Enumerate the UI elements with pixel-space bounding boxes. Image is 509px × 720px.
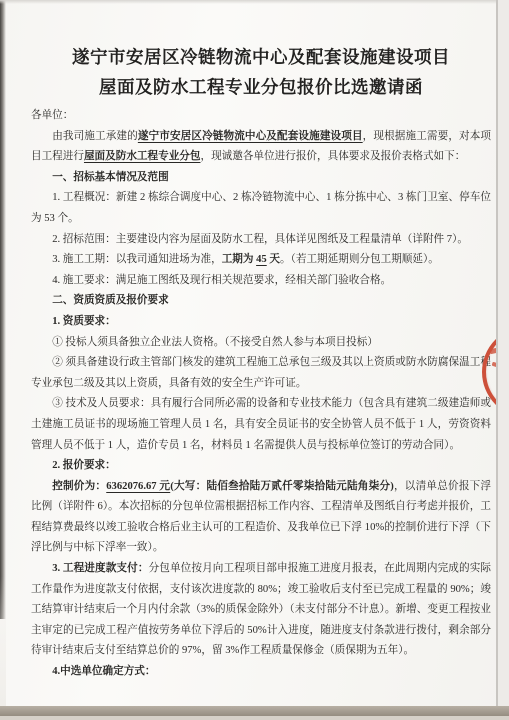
section1-heading: 一、招标基本情况及范围 (31, 168, 491, 189)
doc-title-line-2: 屋面及防水工程专业分包报价比选邀请函 (31, 72, 491, 102)
control-price-label: 控制价为： (52, 481, 106, 492)
page-edge-bottom-light (0, 716, 509, 720)
page-edge-right-margin (498, 0, 509, 712)
page-edge-bottom (0, 706, 509, 716)
section2-heading: 二、资质资质及报价要求 (31, 291, 491, 312)
intro-paragraph: 由我司施工承建的遂宁市安居区冷链物流中心及配套设施建设项目，现根据施工需要，对本… (31, 127, 491, 168)
control-price-caps: 陆佰叁拾陆万贰仟零柒拾陆元陆角柒分 (206, 481, 390, 492)
project-overview-item: 1. 工程概况：新建 2 栋综合调度中心、2 栋冷链物流中心、1 栋分拣中心、3… (31, 188, 491, 229)
period-text-2: 。（若工期延期则分包工期顺延）。 (280, 254, 439, 265)
scanned-document-page: 遂宁市安居区冷链物流中心及配套设施建设项目 屋面及防水工程专业分包报价比选邀请函… (0, 0, 509, 720)
construction-requirements-item: 4. 施工要求：满足施工图纸及现行相关规范要求，经相关部门验收合格。 (31, 271, 491, 292)
period-label: 工期为 (222, 254, 256, 265)
subcontract-name-emphasis: 屋面及防水工程专业分包 (84, 151, 201, 162)
period-days-value: 45 (256, 254, 267, 265)
page-edge-top (0, 0, 509, 4)
bid-scope-item: 2. 招标范围：主要建设内容为屋面及防水工程，具体详见图纸及工程量清单（详附件 … (31, 230, 491, 251)
quote-requirements-heading: 2. 报价要求： (31, 456, 491, 477)
intro-text-3: ，现诚邀各单位进行报价，具体要求及报价表格式如下： (201, 151, 466, 162)
construction-period-item: 3. 施工工期：以我司通知进场为准，工期为 45 天。（若工期延期则分包工期顺延… (31, 250, 491, 271)
intro-text-1: 由我司施工承建的 (52, 131, 138, 142)
qualification-item-3: ③ 技术及人员要求：具有履行合同所必需的设备和专业技术能力（包含具有建筑二级建造… (31, 394, 491, 456)
doc-title-line-1: 遂宁市安居区冷链物流中心及配套设施建设项目 (31, 42, 491, 72)
winner-determination-heading: 4.中选单位确定方式： (31, 662, 491, 683)
qualification-item-1: ① 投标人须具备独立企业法人资格。（不接受自然人参与本项目投标） (31, 333, 491, 354)
period-text-1: 3. 施工工期：以我司通知进场为准， (52, 254, 222, 265)
control-price-value: 6362076.67 元 (106, 481, 170, 492)
progress-payment-label: 3. 工程进度款支付： (52, 563, 148, 574)
page-edge-left-fade (0, 576, 6, 720)
salutation: 各单位： (31, 106, 491, 127)
qualification-requirements-heading: 1. 资质要求： (31, 312, 491, 333)
price-caps-open: (大写： (170, 481, 206, 492)
document-body: 遂宁市安居区冷链物流中心及配套设施建设项目 屋面及防水工程专业分包报价比选邀请函… (31, 42, 491, 683)
period-unit: 天 (267, 254, 280, 265)
page-edge-left (0, 0, 6, 619)
control-price-paragraph: 控制价为：6362076.67 元(大写：陆佰叁拾陆万贰仟零柒拾陆元陆角柒分)，… (31, 477, 491, 559)
qualification-item-2: ② 须具备建设行政主管部门核发的建筑工程施工总承包三级及其以上资质或防水防腐保温… (31, 353, 491, 394)
progress-payment-paragraph: 3. 工程进度款支付：分包单位按月向工程项目部申报施工进度月报表，在此周期内完成… (31, 559, 491, 662)
doc-title: 遂宁市安居区冷链物流中心及配套设施建设项目 屋面及防水工程专业分包报价比选邀请函 (31, 42, 491, 102)
progress-payment-text: 分包单位按月向工程项目部申报施工进度月报表，在此周期内完成的实际工作量作为进度款… (31, 563, 491, 656)
project-name-emphasis: 遂宁市安居区冷链物流中心及配套设施建设项目 (138, 131, 363, 142)
